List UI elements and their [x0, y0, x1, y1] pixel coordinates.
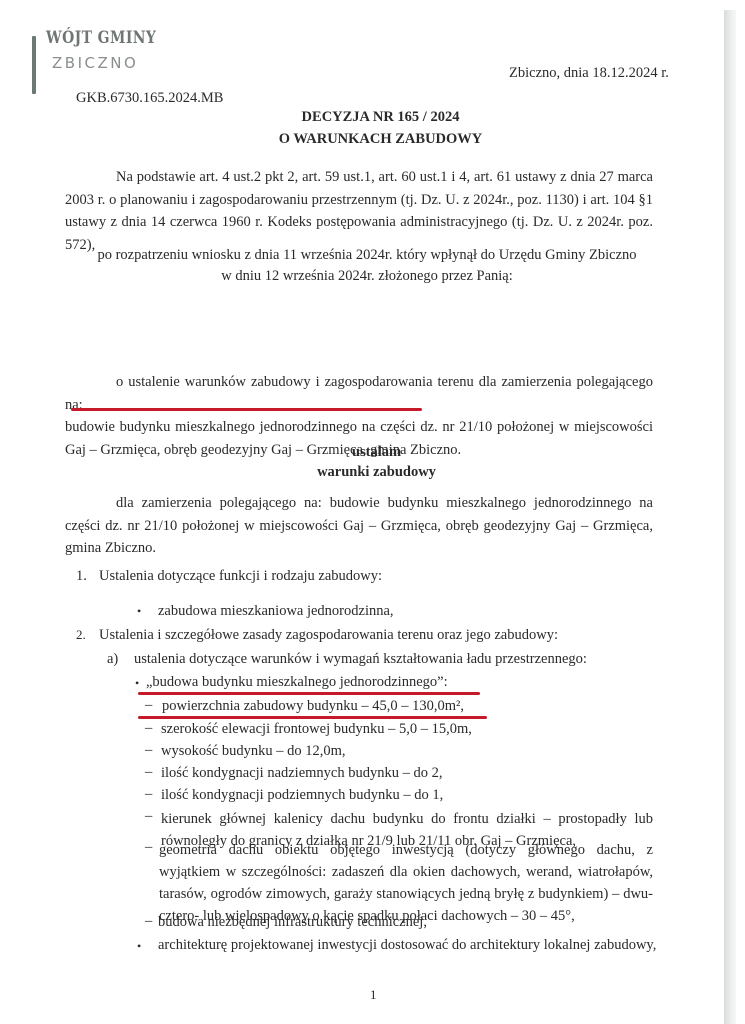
page-number: 1 [370, 987, 377, 1003]
subject-text: dla zamierzenia polegającego na: budowie… [65, 495, 653, 556]
dash-icon: – [145, 913, 152, 930]
dash-icon: – [145, 720, 152, 737]
decision-title: DECYZJA NR 165 / 2024 [8, 108, 745, 127]
dash-icon: – [145, 808, 152, 825]
dash-icon: – [145, 764, 152, 781]
list-item: „budowa budynku mieszkalnego jednorodzin… [146, 673, 448, 692]
list-item: architekturę projektowanej inwestycji do… [158, 936, 656, 955]
red-underline-annotation [138, 716, 487, 719]
red-underline-annotation [138, 692, 480, 695]
subsection-letter: a) [107, 650, 118, 669]
dash-icon: – [145, 786, 152, 803]
section-title: Ustalenia i szczegółowe zasady zagospoda… [99, 626, 558, 645]
list-item: powierzchnia zabudowy budynku – 45,0 – 1… [162, 697, 464, 716]
list-item: zabudowa mieszkaniowa jednorodzinna, [158, 602, 394, 621]
request-line-2-rest: 21/10 położonej w miejscowości [454, 419, 653, 435]
application-paragraph: po rozpatrzeniu wniosku z dnia 11 wrześn… [82, 245, 652, 287]
case-reference: GKB.6730.165.2024.MB [76, 89, 223, 108]
list-item: budowa niezbędnej infrastruktury technic… [158, 913, 427, 932]
decision-heading: ustalam [8, 443, 745, 462]
list-item: ilość kondygnacji nadziemnych budynku – … [161, 764, 443, 783]
application-line-2: w dniu 12 września 2024r. złożonego prze… [82, 266, 652, 287]
decision-subheading: warunki zabudowy [8, 463, 745, 482]
request-highlighted-text: budowie budynku mieszkalnego jednorodzin… [65, 419, 454, 435]
legal-basis-paragraph: Na podstawie art. 4 ust.2 pkt 2, art. 59… [65, 166, 653, 256]
stamp-municipality: ZBICZNO [52, 54, 138, 72]
decision-subtitle: O WARUNKACH ZABUDOWY [8, 130, 745, 149]
subsection-title: ustalenia dotyczące warunków i wymagań k… [134, 650, 587, 669]
stamp-title: WÓJT GMINY [46, 28, 156, 48]
place-date: Zbiczno, dnia 18.12.2024 r. [509, 64, 669, 83]
section-number: 2. [76, 627, 86, 643]
stamp-bar [32, 36, 36, 94]
request-line-1: o ustalenie warunków zabudowy i zagospod… [65, 374, 653, 413]
subject-paragraph: dla zamierzenia polegającego na: budowie… [65, 492, 653, 560]
dash-icon: – [145, 839, 152, 856]
application-line-1: po rozpatrzeniu wniosku z dnia 11 wrześn… [82, 245, 652, 266]
dash-icon: – [145, 697, 152, 714]
list-item: ilość kondygnacji podziemnych budynku – … [161, 786, 443, 805]
legal-basis-text: Na podstawie art. 4 ust.2 pkt 2, art. 59… [65, 169, 653, 253]
bullet-icon: • [137, 604, 141, 619]
list-item: szerokość elewacji frontowej budynku – 5… [161, 720, 472, 739]
bullet-icon: • [135, 676, 139, 691]
red-underline-annotation [71, 408, 422, 411]
bullet-icon: • [137, 939, 141, 954]
section-title: Ustalenia dotyczące funkcji i rodzaju za… [99, 567, 382, 586]
section-number: 1. [76, 568, 87, 585]
list-item: wysokość budynku – do 12,0m, [161, 742, 345, 761]
dash-icon: – [145, 742, 152, 759]
scan-edge-shadow [724, 10, 736, 1024]
